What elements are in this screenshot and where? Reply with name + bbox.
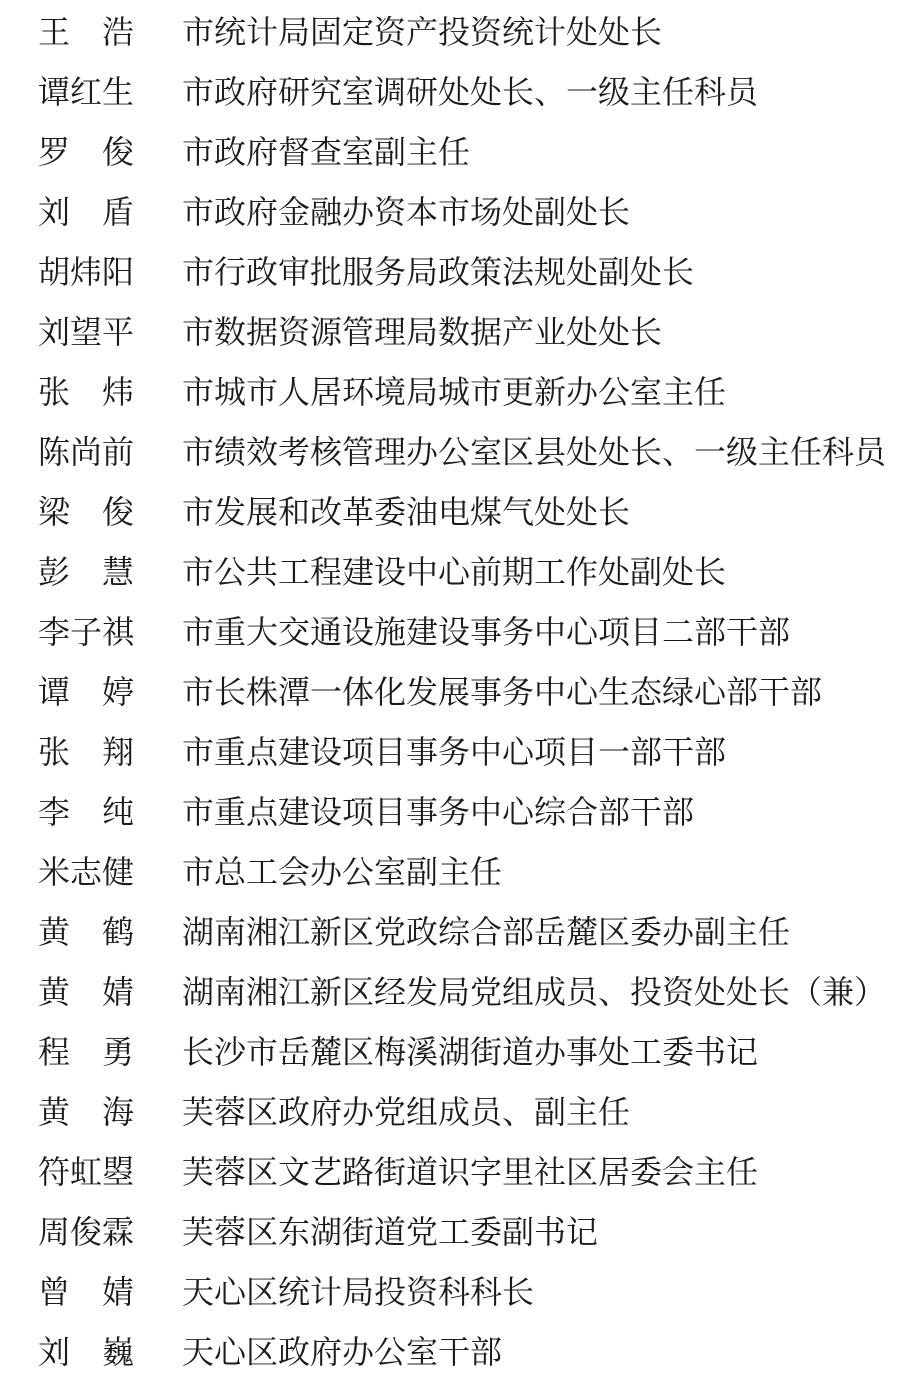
list-item: 米志健市总工会办公室副主任 [38, 842, 908, 902]
list-item: 王 浩市统计局固定资产投资统计处处长 [38, 2, 908, 62]
list-item: 刘望平市数据资源管理局数据产业处处长 [38, 302, 908, 362]
list-item: 黄 鹤湖南湘江新区党政综合部岳麓区委办副主任 [38, 902, 908, 962]
person-name: 彭 慧 [38, 542, 134, 602]
person-title: 市总工会办公室副主任 [182, 842, 502, 902]
person-name: 胡炜阳 [38, 242, 134, 302]
person-title: 市重大交通设施建设事务中心项目二部干部 [182, 602, 790, 662]
person-name: 曾 婧 [38, 1262, 134, 1322]
person-name: 刘 巍 [38, 1322, 134, 1382]
person-name: 张 炜 [38, 362, 134, 422]
person-name: 李 纯 [38, 782, 134, 842]
list-item: 符虹曌芙蓉区文艺路街道识字里社区居委会主任 [38, 1142, 908, 1202]
person-title: 市行政审批服务局政策法规处副处长 [182, 242, 694, 302]
person-title: 芙蓉区政府办党组成员、副主任 [182, 1082, 630, 1142]
person-title: 市重点建设项目事务中心项目一部干部 [182, 722, 726, 782]
person-title: 市政府研究室调研处处长、一级主任科员 [182, 62, 758, 122]
list-item: 彭 慧市公共工程建设中心前期工作处副处长 [38, 542, 908, 602]
list-item: 梁 俊市发展和改革委油电煤气处处长 [38, 482, 908, 542]
list-item: 黄 海芙蓉区政府办党组成员、副主任 [38, 1082, 908, 1142]
person-name: 程 勇 [38, 1022, 134, 1082]
person-title: 湖南湘江新区党政综合部岳麓区委办副主任 [182, 902, 790, 962]
list-item: 张 翔市重点建设项目事务中心项目一部干部 [38, 722, 908, 782]
list-item: 黄 婧湖南湘江新区经发局党组成员、投资处处长（兼） [38, 962, 908, 1022]
person-name: 黄 鹤 [38, 902, 134, 962]
person-name: 谭红生 [38, 62, 134, 122]
person-name: 张 翔 [38, 722, 134, 782]
person-name: 谭 婷 [38, 662, 134, 722]
person-name: 黄 海 [38, 1082, 134, 1142]
person-name: 黄 婧 [38, 962, 134, 1022]
person-title: 市公共工程建设中心前期工作处副处长 [182, 542, 726, 602]
person-title: 市统计局固定资产投资统计处处长 [182, 2, 662, 62]
person-name: 周俊霖 [38, 1202, 134, 1262]
list-item: 陈尚前市绩效考核管理办公室区县处处长、一级主任科员 [38, 422, 908, 482]
list-item: 李子祺市重大交通设施建设事务中心项目二部干部 [38, 602, 908, 662]
list-item: 谭 婷市长株潭一体化发展事务中心生态绿心部干部 [38, 662, 908, 722]
person-name: 李子祺 [38, 602, 134, 662]
person-name: 刘 盾 [38, 182, 134, 242]
list-item: 刘 巍天心区政府办公室干部 [38, 1322, 908, 1382]
person-title: 湖南湘江新区经发局党组成员、投资处处长（兼） [182, 962, 886, 1022]
person-name: 罗 俊 [38, 122, 134, 182]
list-item: 刘 盾市政府金融办资本市场处副处长 [38, 182, 908, 242]
list-item: 谭红生市政府研究室调研处处长、一级主任科员 [38, 62, 908, 122]
person-name: 符虹曌 [38, 1142, 134, 1202]
person-title: 天心区政府办公室干部 [182, 1322, 502, 1382]
person-title: 芙蓉区文艺路街道识字里社区居委会主任 [182, 1142, 758, 1202]
person-name: 刘望平 [38, 302, 134, 362]
person-title: 市政府督查室副主任 [182, 122, 470, 182]
person-title: 市城市人居环境局城市更新办公室主任 [182, 362, 726, 422]
document-page: 王 浩市统计局固定资产投资统计处处长 谭红生市政府研究室调研处处长、一级主任科员… [0, 0, 908, 1382]
roster-list: 王 浩市统计局固定资产投资统计处处长 谭红生市政府研究室调研处处长、一级主任科员… [38, 2, 908, 1382]
person-title: 市长株潭一体化发展事务中心生态绿心部干部 [182, 662, 822, 722]
person-name: 梁 俊 [38, 482, 134, 542]
list-item: 程 勇长沙市岳麓区梅溪湖街道办事处工委书记 [38, 1022, 908, 1082]
person-title: 天心区统计局投资科科长 [182, 1262, 534, 1322]
list-item: 张 炜市城市人居环境局城市更新办公室主任 [38, 362, 908, 422]
person-title: 市重点建设项目事务中心综合部干部 [182, 782, 694, 842]
list-item: 李 纯市重点建设项目事务中心综合部干部 [38, 782, 908, 842]
list-item: 罗 俊市政府督查室副主任 [38, 122, 908, 182]
list-item: 周俊霖芙蓉区东湖街道党工委副书记 [38, 1202, 908, 1262]
person-name: 米志健 [38, 842, 134, 902]
person-name: 王 浩 [38, 2, 134, 62]
person-title: 市政府金融办资本市场处副处长 [182, 182, 630, 242]
list-item: 胡炜阳市行政审批服务局政策法规处副处长 [38, 242, 908, 302]
person-title: 市发展和改革委油电煤气处处长 [182, 482, 630, 542]
person-title: 长沙市岳麓区梅溪湖街道办事处工委书记 [182, 1022, 758, 1082]
person-name: 陈尚前 [38, 422, 134, 482]
list-item: 曾 婧天心区统计局投资科科长 [38, 1262, 908, 1322]
person-title: 市数据资源管理局数据产业处处长 [182, 302, 662, 362]
person-title: 芙蓉区东湖街道党工委副书记 [182, 1202, 598, 1262]
person-title: 市绩效考核管理办公室区县处处长、一级主任科员 [182, 422, 886, 482]
